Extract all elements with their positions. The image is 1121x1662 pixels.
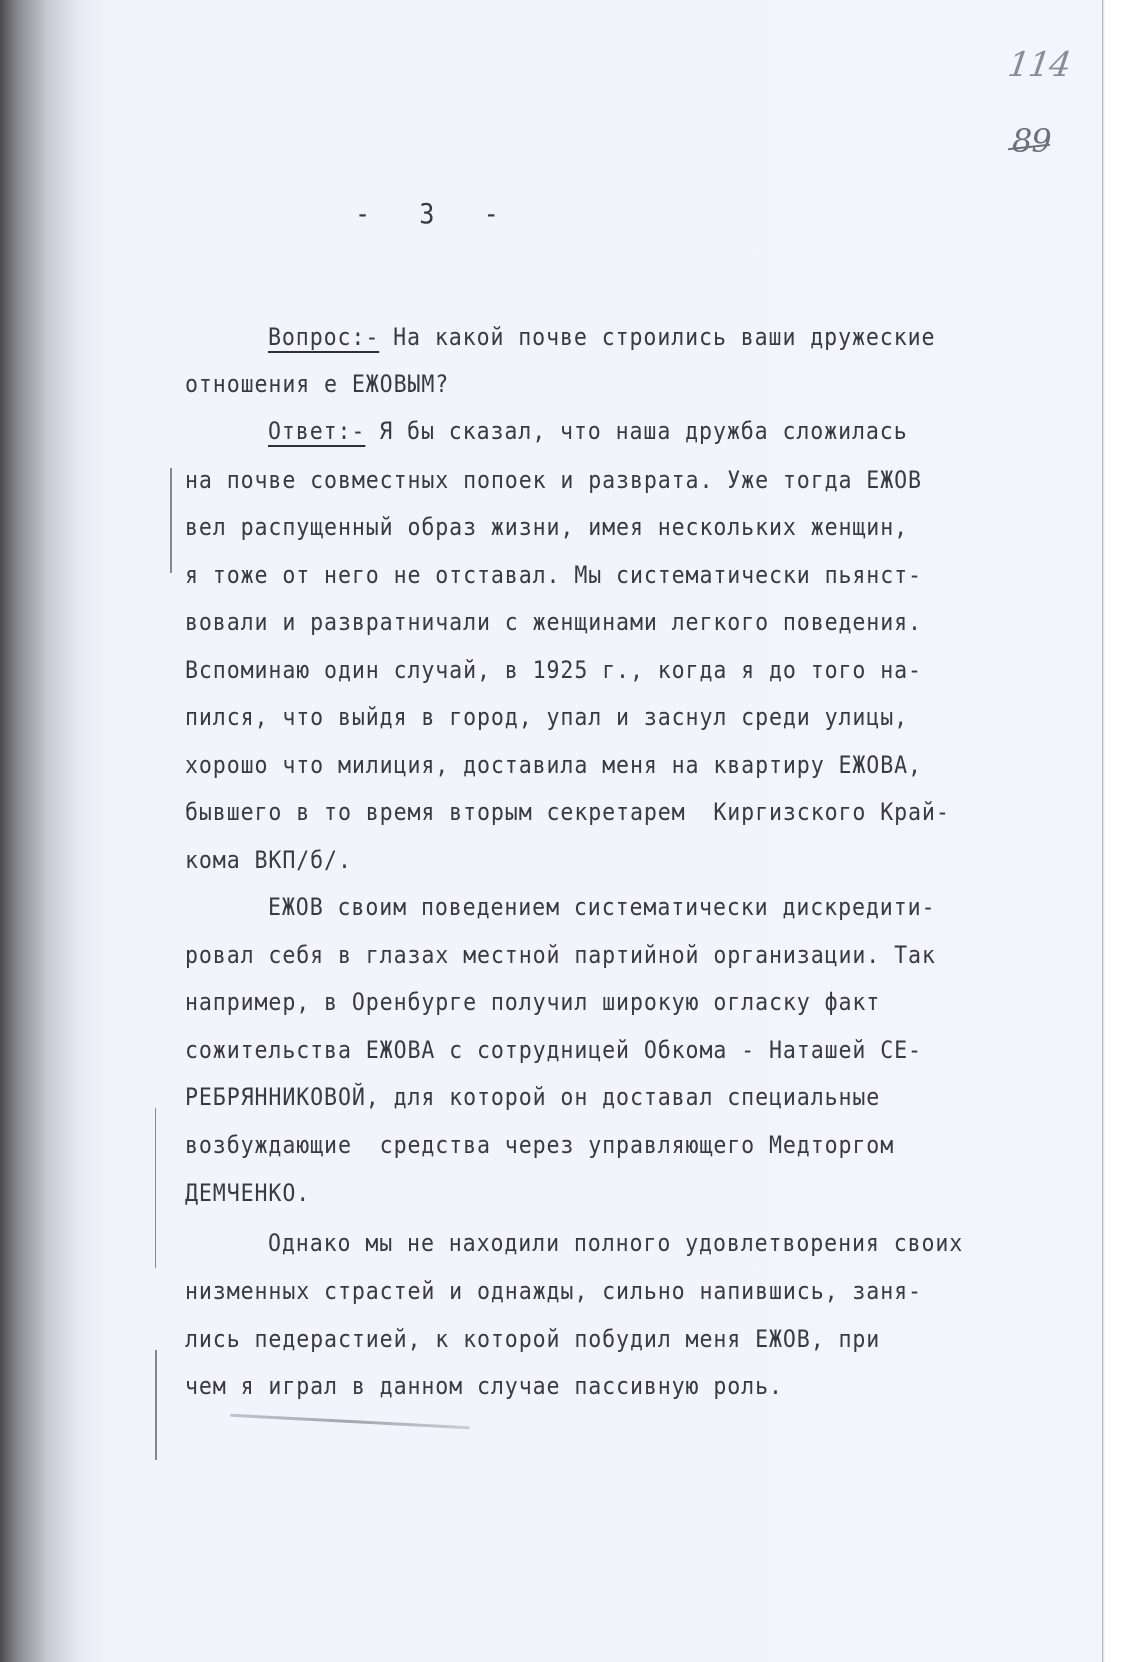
text-line: Вспоминаю один случай, в 1925 г., когда … [185,656,922,684]
line-text: ДЕМЧЕНКО. [185,1179,310,1207]
line-text: Вспоминаю один случай, в 1925 г., когда … [185,656,922,684]
line-text: ровал себя в глазах местной партийной ор… [185,941,936,969]
speaker-label: Ответ:- [268,417,365,445]
line-text: вел распущенный образ жизни, имея нескол… [185,513,908,541]
text-line: РЕБРЯННИКОВОЙ, для которой он доставал с… [185,1083,880,1111]
page-edge [1102,0,1121,1662]
line-text: На какой почве строились ваши дружеские [379,323,935,351]
folio-number-struck: 89 [1012,122,1051,160]
text-line: бывшего в то время вторым секретарем Кир… [185,798,950,826]
text-line: отношения е ЕЖОВЫМ? [185,370,449,398]
line-text: кома ВКП/б/. [185,846,352,874]
text-line: ровал себя в глазах местной партийной ор… [185,941,936,969]
text-line: сожительства ЕЖОВА с сотрудницей Обкома … [185,1036,922,1064]
pencil-underline-mark [230,1414,470,1430]
line-text: лись педерастией, к которой побудил меня… [185,1325,880,1353]
margin-line-mark [170,468,172,573]
text-line: низменных страстей и однажды, сильно нап… [185,1277,922,1305]
folio-number-handwritten: 114 [1005,45,1073,85]
margin-line-mark [155,1108,156,1268]
text-line: Вопрос:- На какой почве строились ваши д… [268,323,935,351]
text-line: ЕЖОВ своим поведением систематически дис… [268,893,935,921]
text-line: вовали и развратничали с женщинами легко… [185,608,922,636]
line-text: низменных страстей и однажды, сильно нап… [185,1277,922,1305]
text-line: лись педерастией, к которой побудил меня… [185,1325,880,1353]
margin-line-mark [155,1350,157,1460]
text-line: например, в Оренбурге получил широкую ог… [185,988,880,1016]
line-text: Я бы сказал, что наша дружба сложилась [365,417,907,445]
line-text: бывшего в то время вторым секретарем Кир… [185,798,950,826]
text-line: на почве совместных попоек и разврата. У… [185,466,922,494]
line-text: вовали и развратничали с женщинами легко… [185,608,922,636]
line-text: РЕБРЯННИКОВОЙ, для которой он доставал с… [185,1083,880,1111]
text-line: ДЕМЧЕНКО. [185,1179,310,1207]
text-line: хорошо что милиция, доставила меня на кв… [185,751,922,779]
line-text: хорошо что милиция, доставила меня на кв… [185,751,922,779]
line-text: отношения е ЕЖОВЫМ? [185,370,449,398]
line-text: Однако мы не находили полного удовлетвор… [268,1229,963,1257]
line-text: сожительства ЕЖОВА с сотрудницей Обкома … [185,1036,922,1064]
line-text: чем я играл в данном случае пассивную ро… [185,1372,783,1400]
document-page: 114 89 - 3 - Вопрос:- На какой почве стр… [0,0,1121,1662]
line-text: ЕЖОВ своим поведением систематически дис… [268,893,935,921]
line-text: пился, что выйдя в город, упал и заснул … [185,703,908,731]
speaker-label: Вопрос:- [268,323,379,351]
text-line: Однако мы не находили полного удовлетвор… [268,1229,963,1257]
line-text: например, в Оренбурге получил широкую ог… [185,988,880,1016]
text-line: возбуждающие средства через управляющего… [185,1131,894,1159]
text-line: вел распущенный образ жизни, имея нескол… [185,513,908,541]
page-number: - 3 - [355,197,500,230]
line-text: возбуждающие средства через управляющего… [185,1131,894,1159]
text-line: кома ВКП/б/. [185,846,352,874]
text-line: Ответ:- Я бы сказал, что наша дружба сло… [268,417,908,445]
text-line: чем я играл в данном случае пассивную ро… [185,1372,783,1400]
line-text: на почве совместных попоек и разврата. У… [185,466,922,494]
line-text: я тоже от него не отставал. Мы системати… [185,561,922,589]
text-line: я тоже от него не отставал. Мы системати… [185,561,922,589]
text-line: пился, что выйдя в город, упал и заснул … [185,703,908,731]
